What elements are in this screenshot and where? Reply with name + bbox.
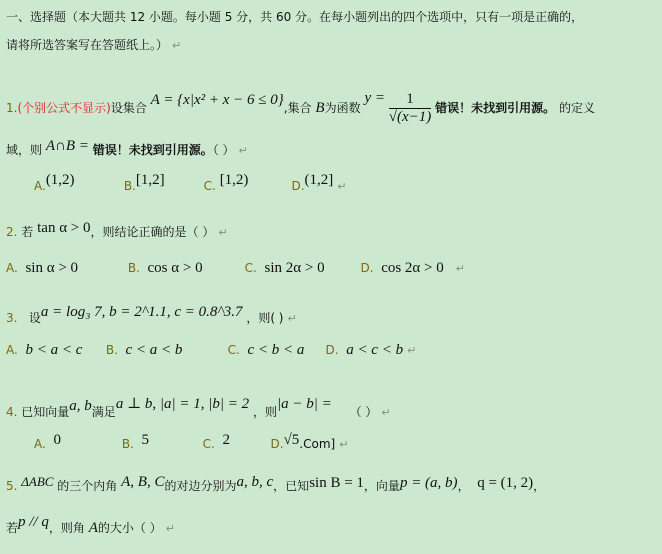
option-d: D. cos 2α > 0↵: [360, 260, 465, 277]
option-c: C. [1,2): [204, 172, 288, 193]
vector-q-formula: q = (1, 2): [477, 475, 533, 491]
question-number: 5.: [6, 479, 17, 493]
question-1-line2: 域，则 A∩B = 错误！未找到引用源。（ ）↵: [6, 138, 248, 158]
question-text: ，: [533, 479, 545, 493]
side-names: a, b, c: [237, 474, 274, 490]
question-text: 域，则: [6, 143, 42, 157]
error-reference: 错误！未找到引用源。: [93, 143, 213, 157]
option-label: A.: [34, 179, 46, 193]
option-d: D.(1,2]↵: [291, 172, 346, 193]
error-reference: 错误！未找到引用源。: [435, 101, 555, 115]
option-value: [1,2]: [136, 172, 165, 188]
option-value: 5: [142, 432, 150, 448]
paragraph-mark-icon: ↵: [172, 39, 181, 52]
option-label: A.: [34, 437, 46, 451]
option-label: A.: [6, 261, 18, 275]
question-text: 的对边分别为: [164, 479, 236, 493]
paragraph-mark-icon: ↵: [239, 144, 248, 157]
question-text: 满足: [92, 405, 116, 419]
paragraph-mark-icon: ↵: [337, 180, 346, 193]
question-text: ，则结论正确的是（ ）: [91, 225, 215, 239]
question-text: ,集合: [284, 101, 312, 115]
question-2-options: A. sin α > 0 B. cos α > 0 C. sin 2α > 0 …: [6, 260, 465, 277]
condition-formula: a ⊥ b, |a| = 1, |b| = 2: [116, 396, 249, 412]
option-label: D.: [325, 343, 338, 357]
option-label: B.: [106, 343, 118, 357]
option-value: a < c < b: [346, 342, 403, 358]
paragraph-mark-icon: ↵: [218, 226, 227, 239]
option-value: c < b < a: [248, 342, 305, 358]
option-label: B.: [122, 437, 134, 451]
option-b: B. c < a < b: [106, 342, 224, 359]
option-value: sin α > 0: [25, 260, 78, 276]
section-heading-line1: 一、选择题（本大题共 12 小题。每小题 5 分，共 60 分。在每小题列出的四…: [6, 8, 583, 25]
question-text: 设: [29, 311, 41, 325]
target-expression: |a − b| =: [277, 396, 332, 412]
option-label: B.: [128, 261, 140, 275]
answer-blank: （ ）: [350, 405, 378, 419]
option-value: sin 2α > 0: [265, 260, 325, 276]
option-b: B. cos α > 0: [128, 260, 241, 277]
paragraph-mark-icon: ↵: [407, 344, 416, 357]
question-text: 已知向量: [21, 405, 69, 419]
question-3-stem: 3. 设a = log₃ 7, b = 2^1.1, c = 0.8^3.7 ，…: [6, 304, 297, 326]
vector-p-formula: p = (a, b): [400, 475, 458, 491]
option-label: C.: [203, 437, 215, 451]
option-c: C. 2: [203, 432, 267, 451]
condition-formula: sin B = 1: [309, 475, 364, 491]
question-text: 设集合: [111, 101, 147, 115]
question-text: ，则: [253, 405, 277, 419]
option-value: (1,2): [46, 172, 75, 188]
option-label: D.: [270, 437, 283, 451]
vector-names: a, b: [69, 398, 92, 414]
paragraph-mark-icon: ↵: [456, 262, 465, 275]
paragraph-mark-icon: ↵: [339, 438, 348, 451]
fraction-numerator: 1: [389, 91, 432, 109]
option-label: B.: [124, 179, 136, 193]
fraction-denominator: √(x−1): [389, 109, 432, 126]
option-label: A.: [6, 343, 18, 357]
option-c: C. c < b < a: [228, 342, 322, 359]
triangle-symbol: ΔABC: [21, 474, 53, 489]
question-3-options: A. b < a < c B. c < a < b C. c < b < a D…: [6, 342, 416, 359]
option-a: A. 0: [34, 432, 118, 451]
question-4-stem: 4. 已知向量a, b满足a ⊥ b, |a| = 1, |b| = 2 ，则|…: [6, 394, 391, 420]
option-value: [1,2): [220, 172, 249, 188]
option-label: C.: [245, 261, 257, 275]
option-c: C. sin 2α > 0: [245, 260, 357, 277]
answer-blank: （ ）: [213, 143, 235, 157]
option-suffix: .Com]: [299, 437, 335, 451]
question-number: 2.: [6, 225, 17, 239]
option-a: A.(1,2): [34, 172, 120, 193]
question-1-options: A.(1,2) B.[1,2] C. [1,2) D.(1,2]↵: [34, 172, 347, 193]
question-text: 的三个内角: [57, 479, 117, 493]
question-text: ，: [458, 479, 470, 493]
formula-note: (个别公式不显示): [17, 101, 110, 115]
question-number: 4.: [6, 405, 17, 419]
paragraph-mark-icon: ↵: [288, 312, 297, 325]
paragraph-mark-icon: ↵: [166, 522, 175, 535]
option-value: cos α > 0: [148, 260, 203, 276]
section-heading-line2: 请将所选答案写在答题纸上。）↵: [6, 36, 181, 53]
question-text: 若: [21, 225, 33, 239]
option-d: D.√5.Com]↵: [270, 432, 348, 451]
option-value: 0: [53, 432, 61, 448]
condition-formula: tan α > 0: [37, 220, 90, 236]
question-text: ，则角: [49, 521, 85, 535]
question-text: ，则( ): [246, 311, 283, 325]
set-b-symbol: B: [315, 100, 324, 116]
option-label: D.: [291, 179, 304, 193]
option-a: A. b < a < c: [6, 342, 102, 359]
section-heading-text: 请将所选答案写在答题纸上。）: [6, 38, 168, 52]
option-value: cos 2α > 0: [381, 260, 444, 276]
question-text: ，已知: [273, 479, 309, 493]
option-value: √5: [284, 432, 300, 448]
question-text: ，向量: [364, 479, 400, 493]
question-5-line1: 5. ΔABC 的三个内角 A, B, C的对边分别为a, b, c，已知sin…: [6, 474, 545, 494]
option-a: A. sin α > 0: [6, 260, 124, 277]
question-number: 1.: [6, 101, 17, 115]
option-value: 2: [223, 432, 231, 448]
question-1-line1: 1.(个别公式不显示)设集合 A = {x|x² + x − 6 ≤ 0},集合…: [6, 90, 595, 126]
option-value: c < a < b: [126, 342, 183, 358]
option-label: D.: [360, 261, 373, 275]
question-4-options: A. 0 B. 5 C. 2 D.√5.Com]↵: [34, 432, 348, 451]
function-fraction: 1√(x−1): [389, 91, 432, 126]
question-text: 为函数: [325, 101, 361, 115]
paragraph-mark-icon: ↵: [381, 406, 390, 419]
option-d: D. a < c < b↵: [325, 342, 416, 359]
option-label: C.: [228, 343, 240, 357]
parallel-condition: p // q: [18, 514, 49, 530]
option-b: B.[1,2]: [124, 172, 200, 193]
question-text: 的定义: [559, 101, 595, 115]
function-lhs: y =: [364, 90, 385, 106]
question-text: 的大小（ ）: [98, 521, 162, 535]
option-b: B. 5: [122, 432, 199, 451]
definition-formula: a = log₃ 7, b = 2^1.1, c = 0.8^3.7: [41, 304, 243, 320]
option-label: C.: [204, 179, 216, 193]
set-a-formula: A = {x|x² + x − 6 ≤ 0}: [151, 92, 284, 108]
angle-names: A, B, C: [121, 474, 164, 490]
angle-a-symbol: A: [89, 520, 98, 536]
option-value: (1,2]: [305, 172, 334, 188]
question-2-stem: 2. 若 tan α > 0，则结论正确的是（ ）↵: [6, 220, 228, 240]
question-5-line2: 若p // q，则角 A的大小（ ）↵: [6, 514, 175, 537]
question-text: 若: [6, 521, 18, 535]
intersection-formula: A∩B =: [46, 138, 89, 154]
option-value: b < a < c: [25, 342, 82, 358]
question-number: 3.: [6, 311, 17, 325]
